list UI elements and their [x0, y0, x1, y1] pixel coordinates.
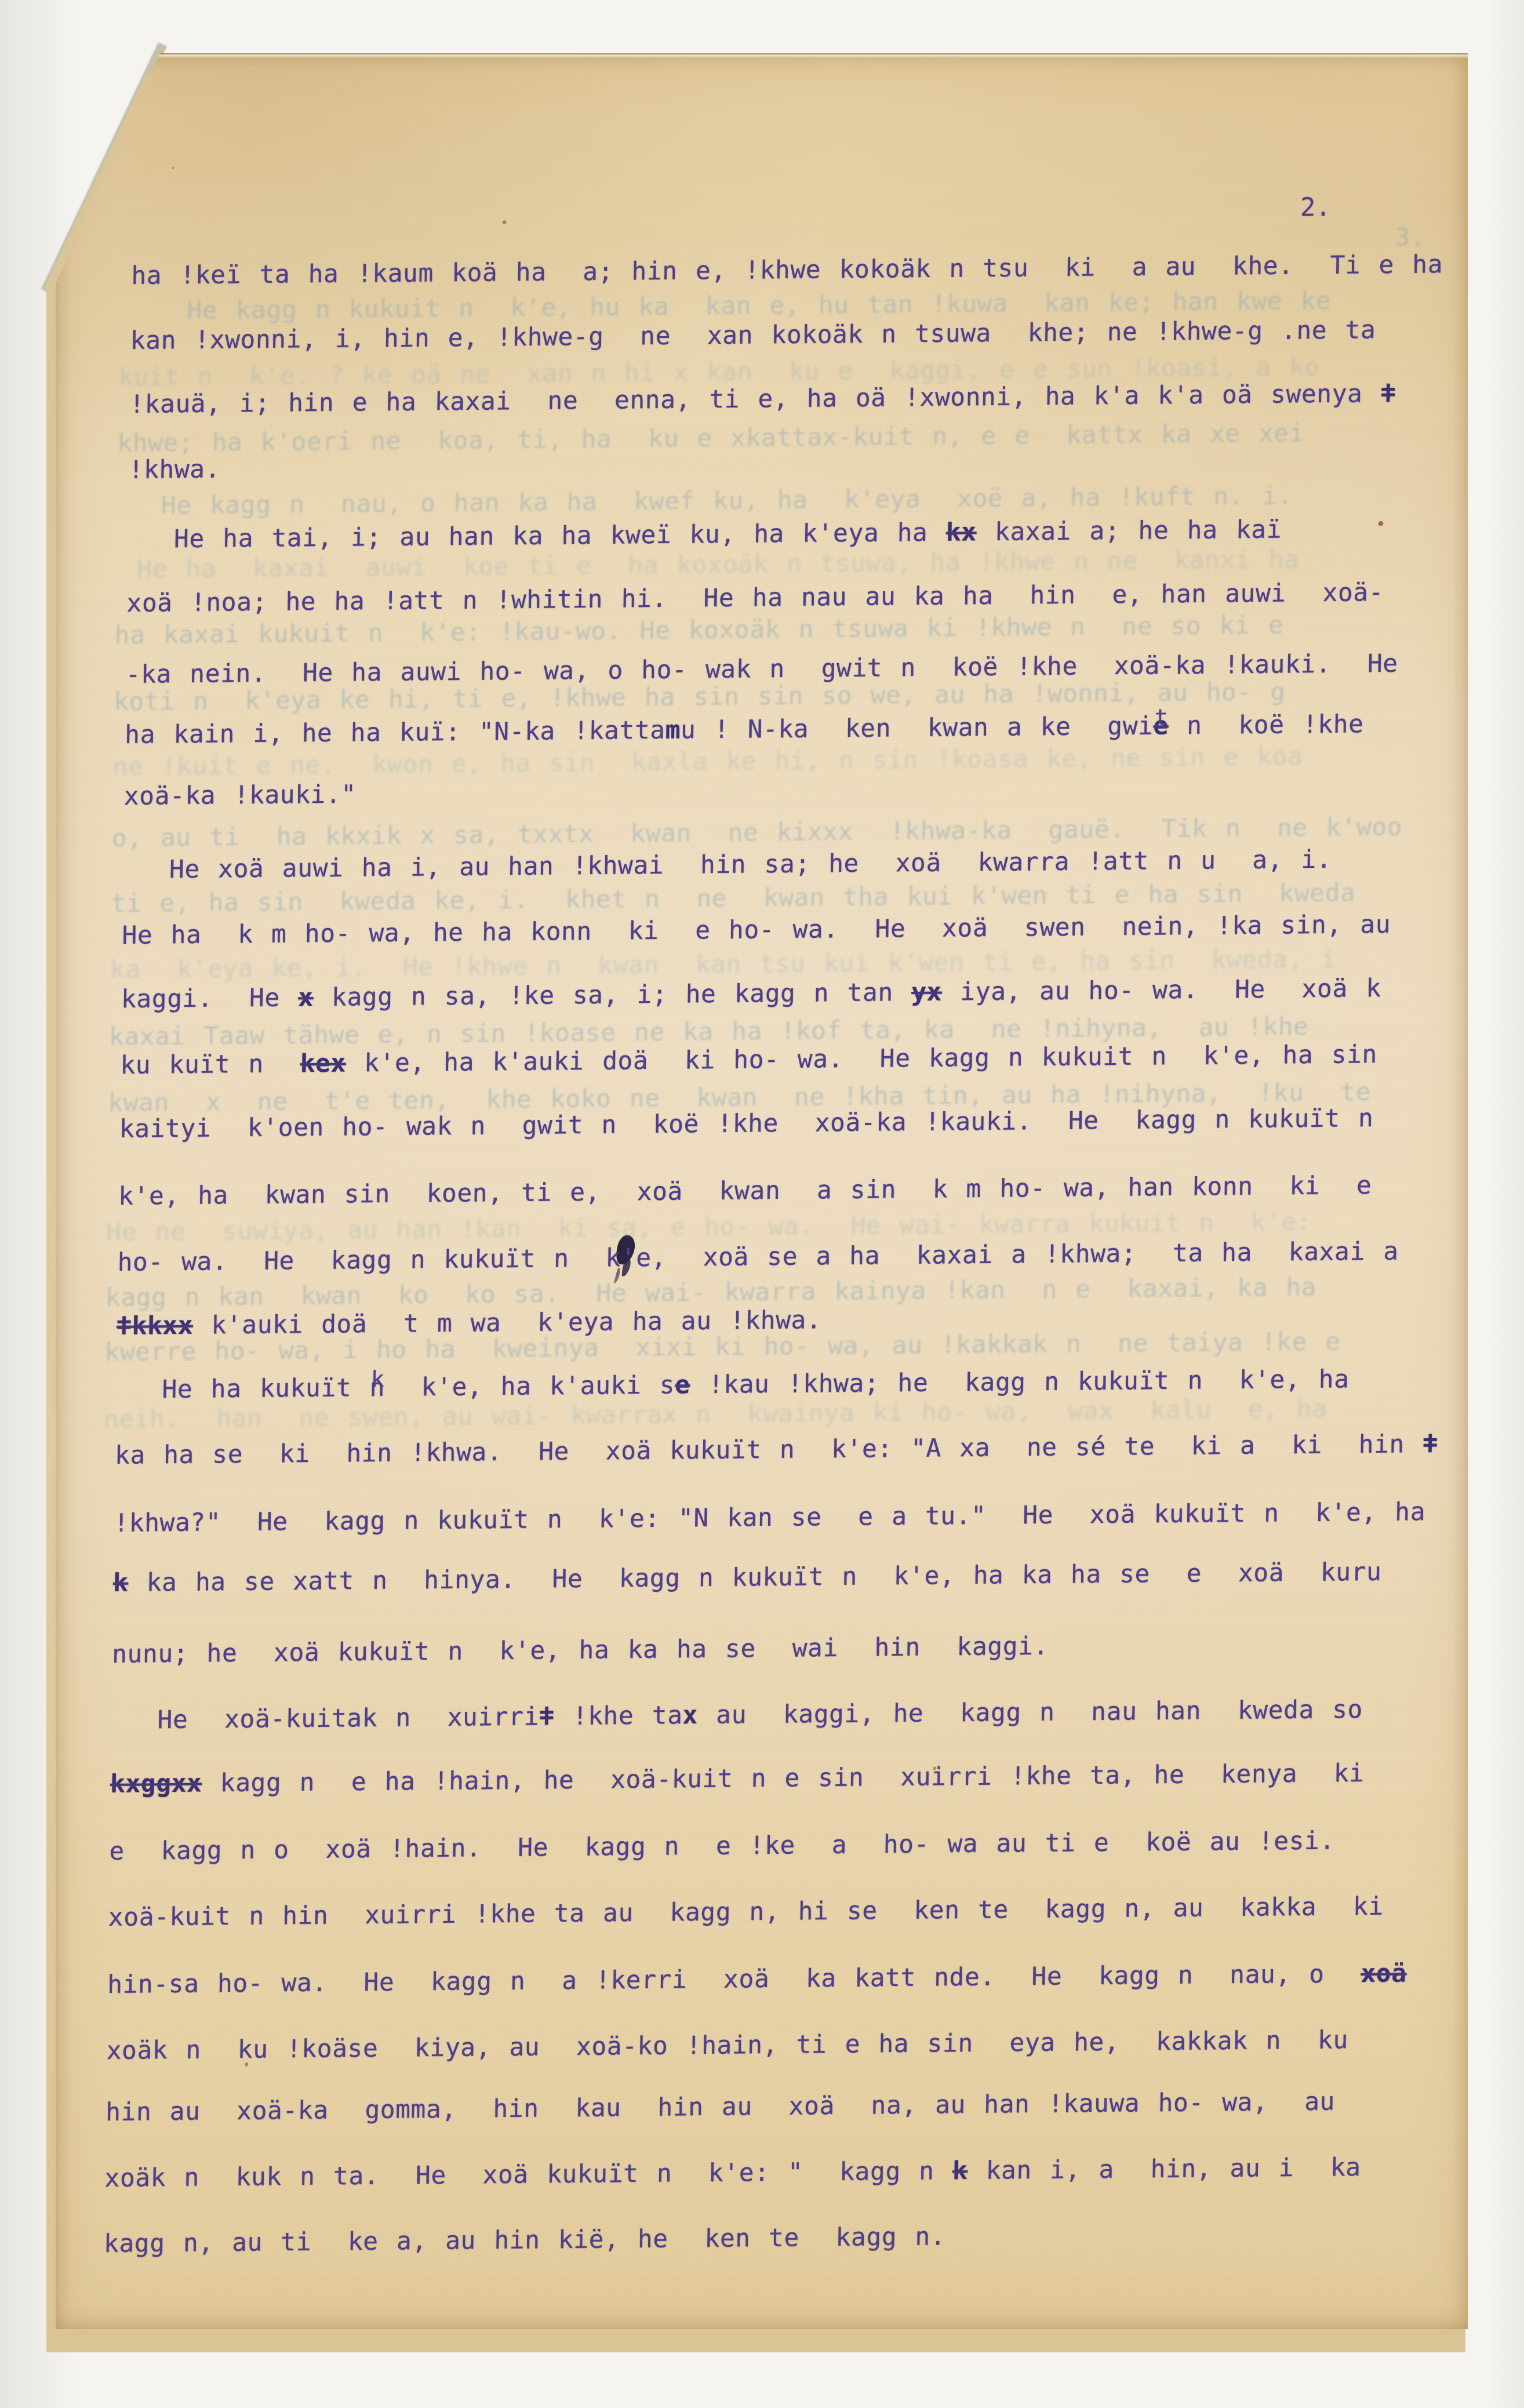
ghost-line: kagg n kan kwan ko ko sa. He wai- kwarra…: [105, 1274, 1316, 1311]
text-line: kagg n, au ti ke a, au hin kië, he ken t…: [104, 2223, 946, 2257]
text-line: hin-sa ho- wa. He kagg n a !kerri xoä ka…: [107, 1960, 1407, 1998]
ghost-line: khwe; ha k'oeri ne koa, ti, ha ku e xkat…: [117, 420, 1305, 457]
struck-out-text: ǂkkxx: [117, 1311, 194, 1341]
text-line: nunu; he xoä kukuït n k'e, ha ka ha se w…: [112, 1633, 1049, 1668]
text-line: kxggxx kagg n e ha !hain, he xoä-kuit n …: [110, 1760, 1365, 1798]
struck-out-text: xoä: [1361, 1959, 1407, 1988]
text-line: xoä-ka !kauki.": [123, 781, 357, 809]
text-line: xoäk n kuk n ta. He xoä kukuït n k'e: " …: [104, 2154, 1361, 2192]
paper-speck: [1378, 521, 1383, 526]
struck-out-text: e: [675, 1370, 690, 1399]
struck-out-text: x: [298, 983, 314, 1012]
struck-out-text: kex: [300, 1049, 346, 1079]
page-number: 2.: [1300, 192, 1332, 222]
text-line: xoäk n ku !koäse kiya, au xoä-ko !hain, …: [106, 2027, 1348, 2064]
ghost-line: 3.: [1395, 224, 1425, 250]
ghost-line: ha kaxai kukuit n k'e: !kau-wo. He koxoä…: [114, 612, 1283, 649]
text-line: k'e, ha kwan sin koen, ti e, xoä kwan a …: [118, 1172, 1372, 1210]
typed-text: 2. ha !keï ta ha !kaum koä ha a; hin e, …: [0, 0, 1524, 2408]
paper-sheet: 2. ha !keï ta ha !kaum koä ha a; hin e, …: [56, 53, 1468, 2329]
paper-speck: [172, 166, 174, 169]
text-line: !khwa.: [128, 456, 220, 483]
struck-out-text: kxggxx: [110, 1769, 202, 1799]
text-line: e kagg n o xoä !hain. He kagg n e !ke a …: [109, 1828, 1335, 1865]
struck-out-text: yx: [911, 978, 942, 1007]
text-line: He ha k m ho- wa, he ha konn ki e ho- wa…: [122, 911, 1391, 949]
struck-out-text: k: [113, 1569, 129, 1598]
text-line: ha !keï ta ha !kaum koä ha a; hin e, !kh…: [131, 251, 1443, 289]
text-line: !khwa?" He kagg n kukuït n k'e: "N kan s…: [114, 1498, 1425, 1537]
ghost-line: ne !kuit e ne. kwon e, ha sin kaxla ke h…: [112, 743, 1303, 780]
text-line: He xoä auwi ha i, au han !khwai hin sa; …: [169, 846, 1332, 883]
struck-out-text: kx: [945, 518, 976, 547]
scanner-bed: 2. ha !keï ta ha !kaum koä ha a; hin e, …: [0, 0, 1524, 2408]
struck-out-text: k: [952, 2156, 968, 2185]
ghost-line: He kagg n nau, o han ka ha kwef ku, ha k…: [161, 482, 1293, 519]
text-line: ka ha se ki hin !khwa. He xoä kukuït n k…: [115, 1431, 1438, 1469]
text-line: hin au xoä-ka gomma, hin kau hin au xoä …: [106, 2088, 1335, 2126]
text-line: He xoä-kuitak n xuirriǂ !khe tax au kagg…: [157, 1696, 1363, 1733]
paper-speck: [503, 220, 507, 224]
text-line: k ka ha se xatt n hinya. He kagg n kukuï…: [113, 1559, 1382, 1596]
text-line: xoä-kuit n hin xuirri !khe ta au kagg n,…: [108, 1893, 1384, 1931]
